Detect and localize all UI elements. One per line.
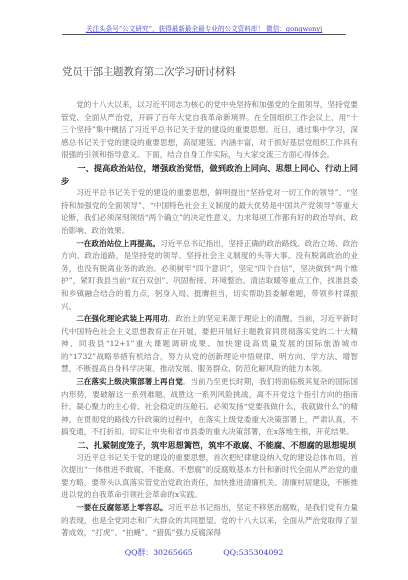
section-heading-2: 二、扎紧制度笼子，筑牢思想篱笆，筑牢不敢腐、不能腐、不想腐的思想堤坝	[61, 439, 358, 452]
paragraph-lead: 三在落实上级决策部署上再自觉。当前乃至更长时期，我们将面临极其复杂的国际国内形势…	[61, 376, 358, 439]
paragraph: 习近平总书记关于党的建设的重要思想，首次把纪律建设纳入党的建设总体布局，首次提出…	[61, 452, 358, 502]
section-heading-1: 一、提高政治站位，增强政治觉悟，做到政治上同向、思想上同心、行动上同步	[61, 162, 358, 187]
qq-contact: QQ:535304092	[223, 548, 283, 557]
lead-phrase: 一要在反腐惩恶上零容忍。	[76, 503, 167, 512]
paragraph: 习近平总书记关于党的建设的重要思想，鲜明提出“坚持党对一切工作的领导”、“坚持和…	[61, 187, 358, 237]
paragraph-text: 习近平总书记指出，坚持正确的政治路线、政治立场、政治方向、政治道路，是坚持党的领…	[61, 239, 358, 311]
footer: QQ群：30265665 QQ:535304092	[0, 547, 408, 558]
lead-phrase: 三在落实上级决策部署上再自觉	[76, 377, 183, 386]
qq-group: QQ群：30265665	[125, 548, 193, 557]
document-body: 党的十八大以来，以习近平同志为核心的党中央坚持和加强党的全面领导，坚持党要管党、…	[61, 99, 358, 540]
paragraph-lead: 一在政治站位上再提高。习近平总书记指出，坚持正确的政治路线、政治立场、政治方向、…	[61, 238, 358, 314]
lead-phrase: 一在政治站位上再提高。	[76, 239, 160, 248]
header-banner-link[interactable]: 关注头条号“公文研究”，获得最新最全最专业的公文资料库！ 微信：gongweny…	[86, 25, 322, 33]
lead-phrase: 二在强化理论武装上再用功	[76, 314, 167, 323]
document-page: 关注头条号“公文研究”，获得最新最全最专业的公文资料库！ 微信：gongweny…	[0, 0, 408, 580]
document-title: 党员干部主题教育第二次学习研讨材料	[62, 64, 235, 79]
paragraph-lead: 二在强化理论武装上再用功。政治上的坚定来源于理论上的清醒。当前，习近平新时代中国…	[61, 313, 358, 376]
paragraph-intro: 党的十八大以来，以习近平同志为核心的党中央坚持和加强党的全面领导，坚持党要管党、…	[61, 99, 358, 162]
paragraph-lead: 一要在反腐惩恶上零容忍。习近平总书记指出，坚定不移惩治腐败，是我们党有力量的表现…	[61, 502, 358, 540]
header-banner: 关注头条号“公文研究”，获得最新最全最专业的公文资料库！ 微信：gongweny…	[62, 24, 346, 35]
